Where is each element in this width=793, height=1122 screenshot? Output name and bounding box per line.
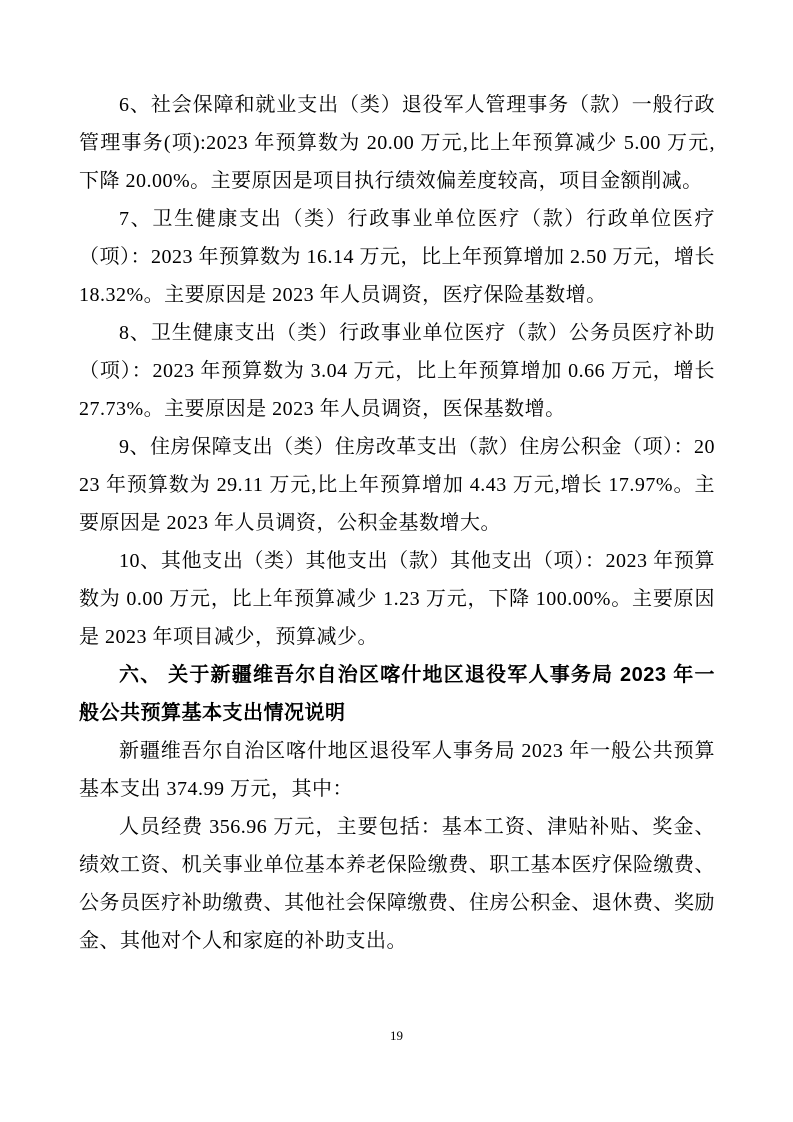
paragraph-personnel-expenses: 人员经费 356.96 万元，主要包括：基本工资、津贴补贴、奖金、绩效工资、机关… — [79, 808, 715, 960]
paragraph-item-8: 8、卫生健康支出（类）行政事业单位医疗（款）公务员医疗补助（项）：2023 年预… — [79, 314, 715, 428]
paragraph-item-9: 9、住房保障支出（类）住房改革支出（款）住房公积金（项）：2023 年预算数为 … — [79, 428, 715, 542]
section-heading: 六、 关于新疆维吾尔自治区喀什地区退役军人事务局 2023 年一般公共预算基本支… — [79, 656, 715, 732]
paragraph-item-6: 6、社会保障和就业支出（类）退役军人管理事务（款）一般行政管理事务(项):202… — [79, 86, 715, 200]
paragraph-item-7: 7、卫生健康支出（类）行政事业单位医疗（款）行政单位医疗（项）：2023 年预算… — [79, 200, 715, 314]
document-body: 6、社会保障和就业支出（类）退役军人管理事务（款）一般行政管理事务(项):202… — [79, 86, 715, 960]
page-number: 19 — [0, 1028, 793, 1044]
paragraph-item-10: 10、其他支出（类）其他支出（款）其他支出（项）：2023 年预算数为 0.00… — [79, 542, 715, 656]
document-page: 6、社会保障和就业支出（类）退役军人管理事务（款）一般行政管理事务(项):202… — [0, 0, 793, 1122]
paragraph-basic-expenditure-total: 新疆维吾尔自治区喀什地区退役军人事务局 2023 年一般公共预算基本支出 374… — [79, 732, 715, 808]
